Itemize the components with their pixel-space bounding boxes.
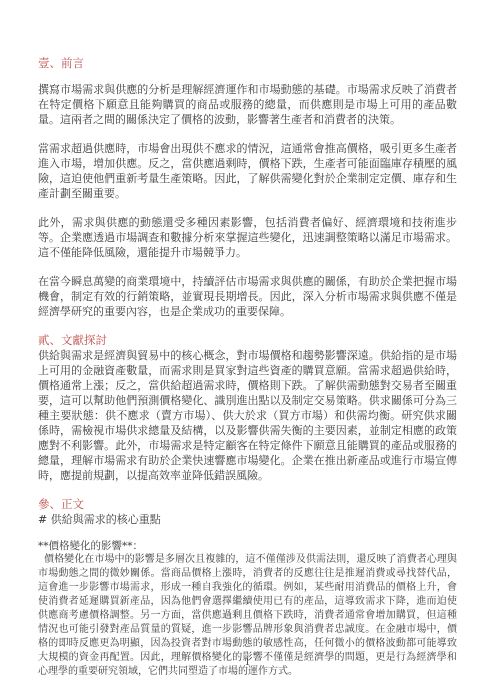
section-heading-preface: 壹、前言	[38, 56, 457, 71]
paragraph-preface-2: 當需求超過供應時，市場會出現供不應求的情況，這通常會推高價格，吸引更多生產者進入…	[38, 141, 457, 201]
paragraph-preface-4: 在當今瞬息萬變的商業環境中，持續評估市場需求與供應的關係，有助於企業把握市場機會…	[38, 274, 457, 319]
section-heading-literature-review: 貳、文獻探討	[38, 333, 457, 348]
paragraph-preface-1: 撰寫市場需求與供應的分析是理解經濟運作和市場動態的基礎。市場需求反映了消費者在特…	[38, 82, 457, 127]
section-heading-main-text: 參、正文	[38, 497, 457, 512]
document-page: 壹、前言 撰寫市場需求與供應的分析是理解經濟運作和市場動態的基礎。市場需求反映了…	[0, 0, 495, 700]
paragraph-literature-review: 供給與需求是經濟與貿易中的核心概念，對市場價格和趨勢影響深遠。供給指的是市場上可…	[38, 348, 457, 483]
bold-label-price-impact: **價格變化的影響**：	[38, 539, 457, 553]
paragraph-preface-3: 此外，需求與供應的動態還受多種因素影響，包括消費者偏好、經濟環境和技術進步等。企…	[38, 215, 457, 260]
markdown-subheading: # 供給與需求的核心重點	[38, 512, 457, 527]
page-number: 1	[0, 657, 495, 668]
